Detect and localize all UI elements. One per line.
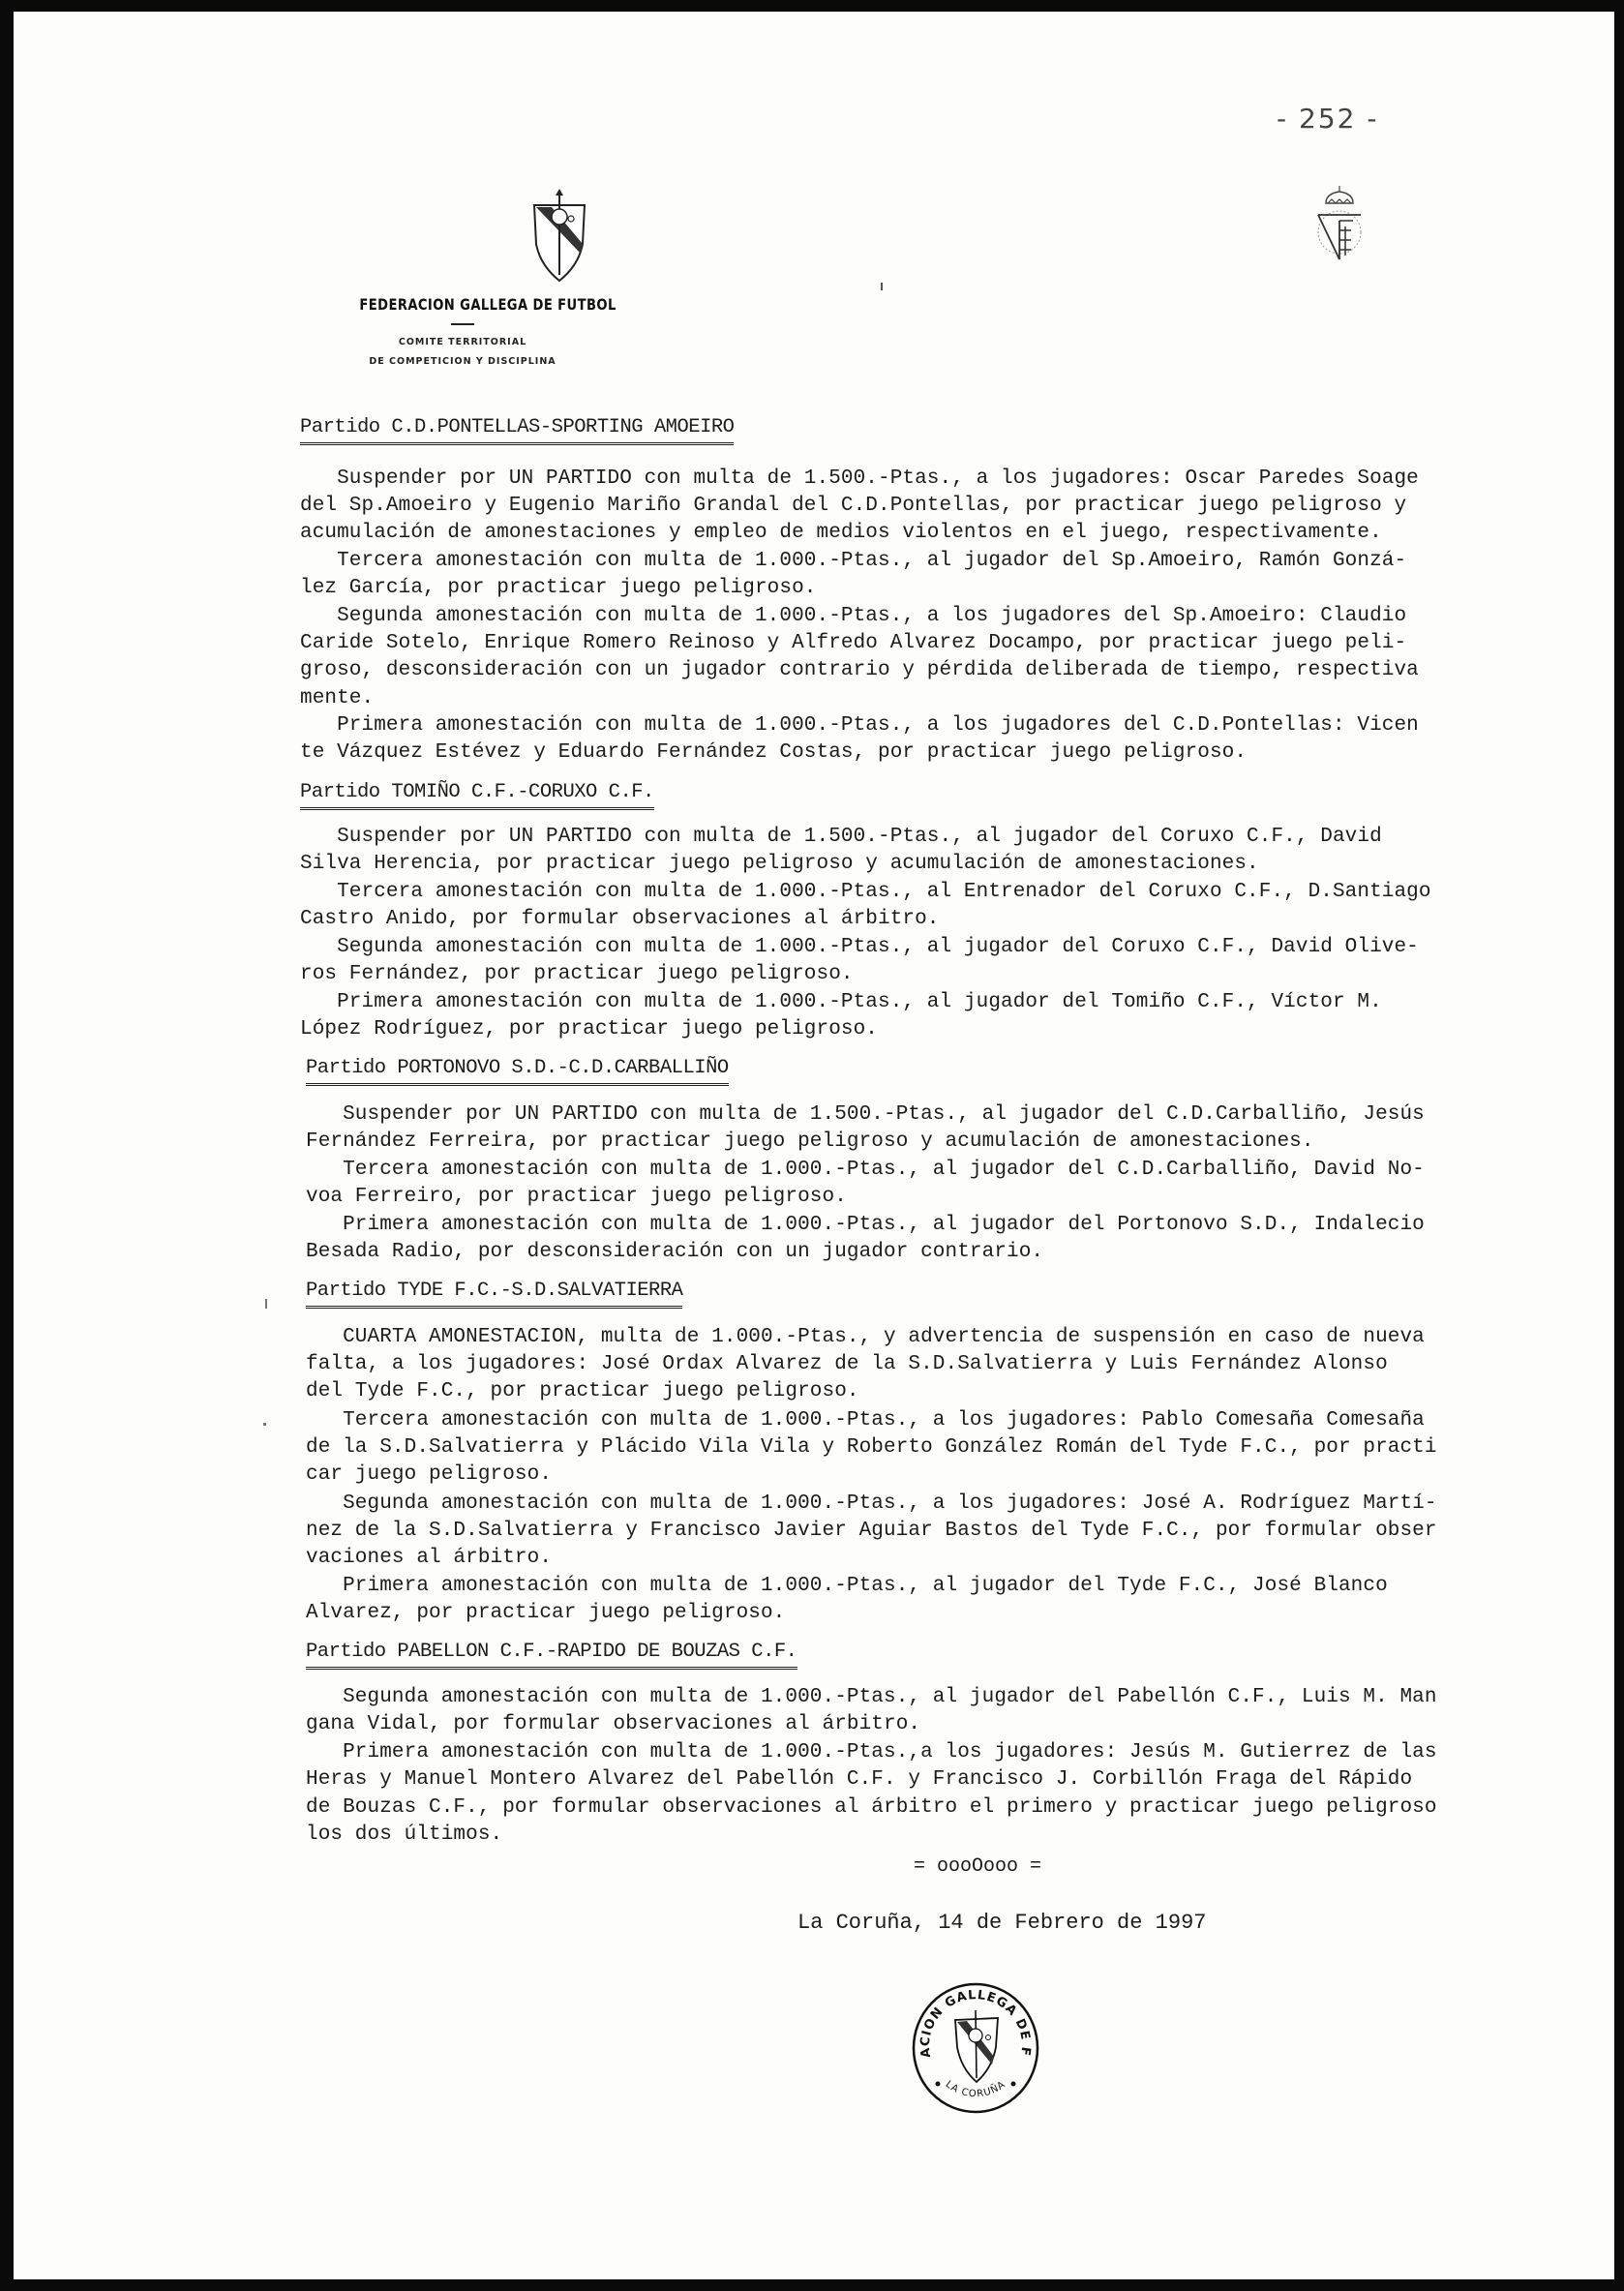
body-line: Heras y Manuel Montero Alvarez del Pabel… (306, 1767, 1412, 1793)
body-line: groso, desconsideración con un jugador c… (300, 658, 1419, 683)
body-line: de Bouzas C.F., por formular observacion… (306, 1795, 1437, 1821)
body-line: Tercera amonestación con multa de 1.000.… (306, 1408, 1425, 1433)
section-heading: Partido TOMIÑO C.F.-CORUXO C.F. (300, 781, 654, 810)
body-line: vaciones al árbitro. (306, 1546, 552, 1571)
body-line: Caride Sotelo, Enrique Romero Reinoso y … (300, 631, 1406, 656)
svg-text:LA CORUÑA: LA CORUÑA (944, 2079, 1008, 2099)
body-line: car juego peligroso. (306, 1462, 552, 1488)
page-number: - 252 - (1277, 103, 1378, 135)
body-line: voa Ferreiro, por practicar juego peligr… (306, 1185, 847, 1210)
body-line: Primera amonestación con multa de 1.000.… (306, 1740, 1437, 1765)
body-line: del Sp.Amoeiro y Eugenio Mariño Grandal … (300, 494, 1406, 519)
body-line: Segunda amonestación con multa de 1.000.… (306, 1685, 1437, 1710)
org-name: FEDERACION GALLEGA DE FUTBOL (359, 295, 565, 314)
section-heading: Partido PORTONOVO S.D.-C.D.CARBALLIÑO (306, 1057, 729, 1086)
body-line: Segunda amonestación con multa de 1.000.… (300, 935, 1419, 960)
body-line: Segunda amonestación con multa de 1.000.… (306, 1492, 1437, 1517)
body-line: Silva Herencia, por practicar juego peli… (300, 852, 1259, 877)
body-line: Primera amonestación con multa de 1.000.… (306, 1213, 1425, 1238)
body-line: López Rodríguez, por practicar juego pel… (300, 1017, 878, 1042)
body-line: Primera amonestación con multa de 1.000.… (300, 713, 1419, 739)
body-line: Primera amonestación con multa de 1.000.… (300, 990, 1382, 1015)
body-line: Besada Radio, por desconsideración con u… (306, 1240, 1043, 1265)
body-line: te Vázquez Estévez y Eduardo Fernández C… (300, 740, 1247, 766)
body-line: nez de la S.D.Salvatierra y Francisco Ja… (306, 1519, 1437, 1544)
body-line: lez García, por practicar juego peligros… (300, 576, 817, 601)
body-line: gana Vidal, por formular observaciones a… (306, 1712, 920, 1737)
body-line: ros Fernández, por practicar juego pelig… (300, 962, 854, 987)
body-line: Primera amonestación con multa de 1.000.… (306, 1574, 1388, 1599)
body-line: CUARTA AMONESTACION, multa de 1.000.-Pta… (306, 1325, 1425, 1350)
separator: = oooOooo = (914, 1855, 1041, 1878)
committee-line-2: DE COMPETICION Y DISCIPLINA (337, 352, 588, 372)
section-heading: Partido TYDE F.C.-S.D.SALVATIERRA (306, 1280, 682, 1309)
body-line: de la S.D.Salvatierra y Plácido Vila Vil… (306, 1435, 1437, 1461)
body-line: Suspender por UN PARTIDO con multa de 1.… (300, 467, 1419, 492)
letterhead: FEDERACION GALLEGA DE FUTBOL COMITE TERR… (337, 295, 588, 372)
body-line: Tercera amonestación con multa de 1.000.… (300, 549, 1406, 574)
committee-line-1: COMITE TERRITORIAL (337, 333, 588, 352)
body-line: Segunda amonestación con multa de 1.000.… (300, 604, 1406, 629)
scan-speck (263, 1423, 266, 1426)
scan-mark (881, 283, 883, 290)
body-line: del Tyde F.C., por practicar juego pelig… (306, 1379, 859, 1404)
body-line: Castro Anido, por formular observaciones… (300, 907, 940, 932)
body-line: Tercera amonestación con multa de 1.000.… (306, 1158, 1425, 1183)
body-line: Suspender por UN PARTIDO con multa de 1.… (306, 1102, 1425, 1128)
body-line: Tercera amonestación con multa de 1.000.… (300, 880, 1431, 905)
rfef-crown-crest-icon (1312, 186, 1367, 265)
body-line: mente. (300, 686, 374, 711)
section-heading: Partido PABELLON C.F.-RAPIDO DE BOUZAS C… (306, 1641, 797, 1670)
body-line: Alvarez, por practicar juego peligroso. (306, 1601, 785, 1626)
body-line: acumulación de amonestaciones y empleo d… (300, 521, 1382, 546)
document-page: - 252 - FEDERACION GALLEGA DE FUTBOL COM… (14, 12, 1614, 2279)
section-heading: Partido C.D.PONTELLAS-SPORTING AMOEIRO (300, 416, 734, 445)
body-line: Suspender por UN PARTIDO con multa de 1.… (300, 825, 1382, 850)
galician-federation-shield-icon (530, 186, 588, 283)
federation-stamp-icon: FEDERACION GALLEGA DE FUTBOL LA CORUÑA (909, 1981, 1042, 2115)
body-line: Fernández Ferreira, por practicar juego … (306, 1130, 1314, 1155)
place-date: La Coruña, 14 de Febrero de 1997 (797, 1911, 1206, 1935)
body-line: falta, a los jugadores: José Ordax Alvar… (306, 1352, 1388, 1377)
letterhead-rule (451, 323, 474, 325)
scan-speck (265, 1299, 267, 1309)
body-line: los dos últimos. (306, 1823, 502, 1848)
